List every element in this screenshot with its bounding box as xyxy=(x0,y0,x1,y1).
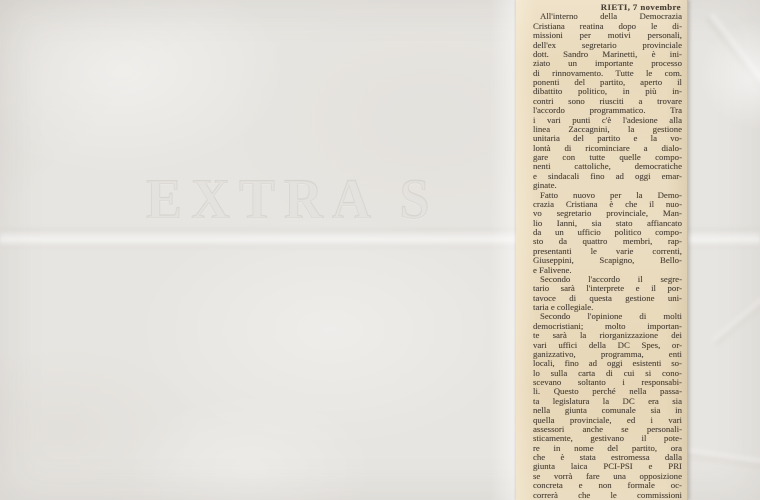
article-line: ta legislatura la DC era sia xyxy=(533,397,682,406)
article-line: democristiani; molto importan- xyxy=(533,322,682,331)
article-line: missioni per motivi personali, xyxy=(533,31,682,40)
article-line: vo segretario provinciale, Man- xyxy=(533,209,682,218)
article-line: nella giunta comunale sia in xyxy=(533,406,682,415)
article-column: RIETI, 7 novembreAll'interno della Democ… xyxy=(516,0,687,500)
paper-highlight xyxy=(700,20,760,130)
article-line: lontà di ricominciare a dialo- xyxy=(533,144,682,153)
article-line: dott. Sandro Marinetti, è ini- xyxy=(533,50,682,59)
article-line: dibattito politico, in più in- xyxy=(533,87,682,96)
article-line: che è stata estromessa dalla xyxy=(533,453,682,462)
article-line: quella provinciale, ed i vari xyxy=(533,416,682,425)
article-line: di rinnovamento. Tutte le com. xyxy=(533,69,682,78)
article-line: tavoce di questa gestione uni- xyxy=(533,294,682,303)
article-line: e Falivene. xyxy=(533,266,682,275)
dateline: RIETI, 7 novembre xyxy=(533,3,682,12)
article-line: i vari punti c'è l'adesione alla xyxy=(533,116,682,125)
article-line: Secondo l'accordo il segre- xyxy=(533,275,682,284)
article-line: unitaria del partito e la vo- xyxy=(533,134,682,143)
article-line: nenti cattoliche, democratiche xyxy=(533,162,682,171)
article-line: re in nome del partito, ora xyxy=(533,444,682,453)
article-line: assessori anche se personali- xyxy=(533,425,682,434)
article-line: ganizzativo, programma, enti xyxy=(533,350,682,359)
article-line: locali, fino ad oggi esistenti so- xyxy=(533,359,682,368)
article-line: Giuseppini, Scapigno, Bello- xyxy=(533,256,682,265)
article-line: te sarà la riorganizzazione dei xyxy=(533,331,682,340)
article-line: ginate. xyxy=(533,181,682,190)
article-line: sto da quattro membri, rap- xyxy=(533,237,682,246)
article-line: ziato un importante processo xyxy=(533,59,682,68)
article-line: l'accordo programmatico. Tra xyxy=(533,106,682,115)
scanned-page: EXTRA S RIETI, 7 novembreAll'interno del… xyxy=(0,0,760,500)
newspaper-clipping: RIETI, 7 novembreAll'interno della Democ… xyxy=(516,0,688,500)
article-line: dell'ex segretario provinciale xyxy=(533,41,682,50)
article-line: correrà che le commissioni xyxy=(533,491,682,500)
article-line: da un ufficio politico compo- xyxy=(533,228,682,237)
article-line: ponenti del partito, aperto il xyxy=(533,78,682,87)
article-line: Secondo l'opinione di molti xyxy=(533,312,682,321)
article-line: li. Questo perché nella passa- xyxy=(533,387,682,396)
article-line: linea Zaccagnini, la gestione xyxy=(533,125,682,134)
article-line: Fatto nuovo per la Demo- xyxy=(533,191,682,200)
article-line: giunta laica PCI-PSI e PRI xyxy=(533,462,682,471)
article-line: crazia Cristiana è che il nuo- xyxy=(533,200,682,209)
article-line: gare con tutte quelle compo- xyxy=(533,153,682,162)
article-line: Cristiana reatina dopo le di- xyxy=(533,22,682,31)
article-line: presentanti le varie correnti, xyxy=(533,247,682,256)
article-line: vari uffici della DC Spes, or- xyxy=(533,341,682,350)
article-line: lio Ianni, sia stato affiancato xyxy=(533,219,682,228)
article-line: se vorrà fare una opposizione xyxy=(533,472,682,481)
article-line: sticamente, gestivano il pote- xyxy=(533,434,682,443)
article-line: scevano soltanto i responsabi- xyxy=(533,378,682,387)
article-line: All'interno della Democrazia xyxy=(533,12,682,21)
watermark-ghost-text: EXTRA S xyxy=(146,166,476,237)
article-line: taria e collegiale. xyxy=(533,303,682,312)
article-line: e sindacali fino ad oggi emar- xyxy=(533,172,682,181)
article-line: lo sulla carta di cui si cono- xyxy=(533,369,682,378)
paper-highlight xyxy=(490,0,516,500)
article-line: tario sarà l'interprete e il por- xyxy=(533,284,682,293)
article-line: contri sono riusciti a trovare xyxy=(533,97,682,106)
article-line: concreta e non formale oc- xyxy=(533,481,682,490)
